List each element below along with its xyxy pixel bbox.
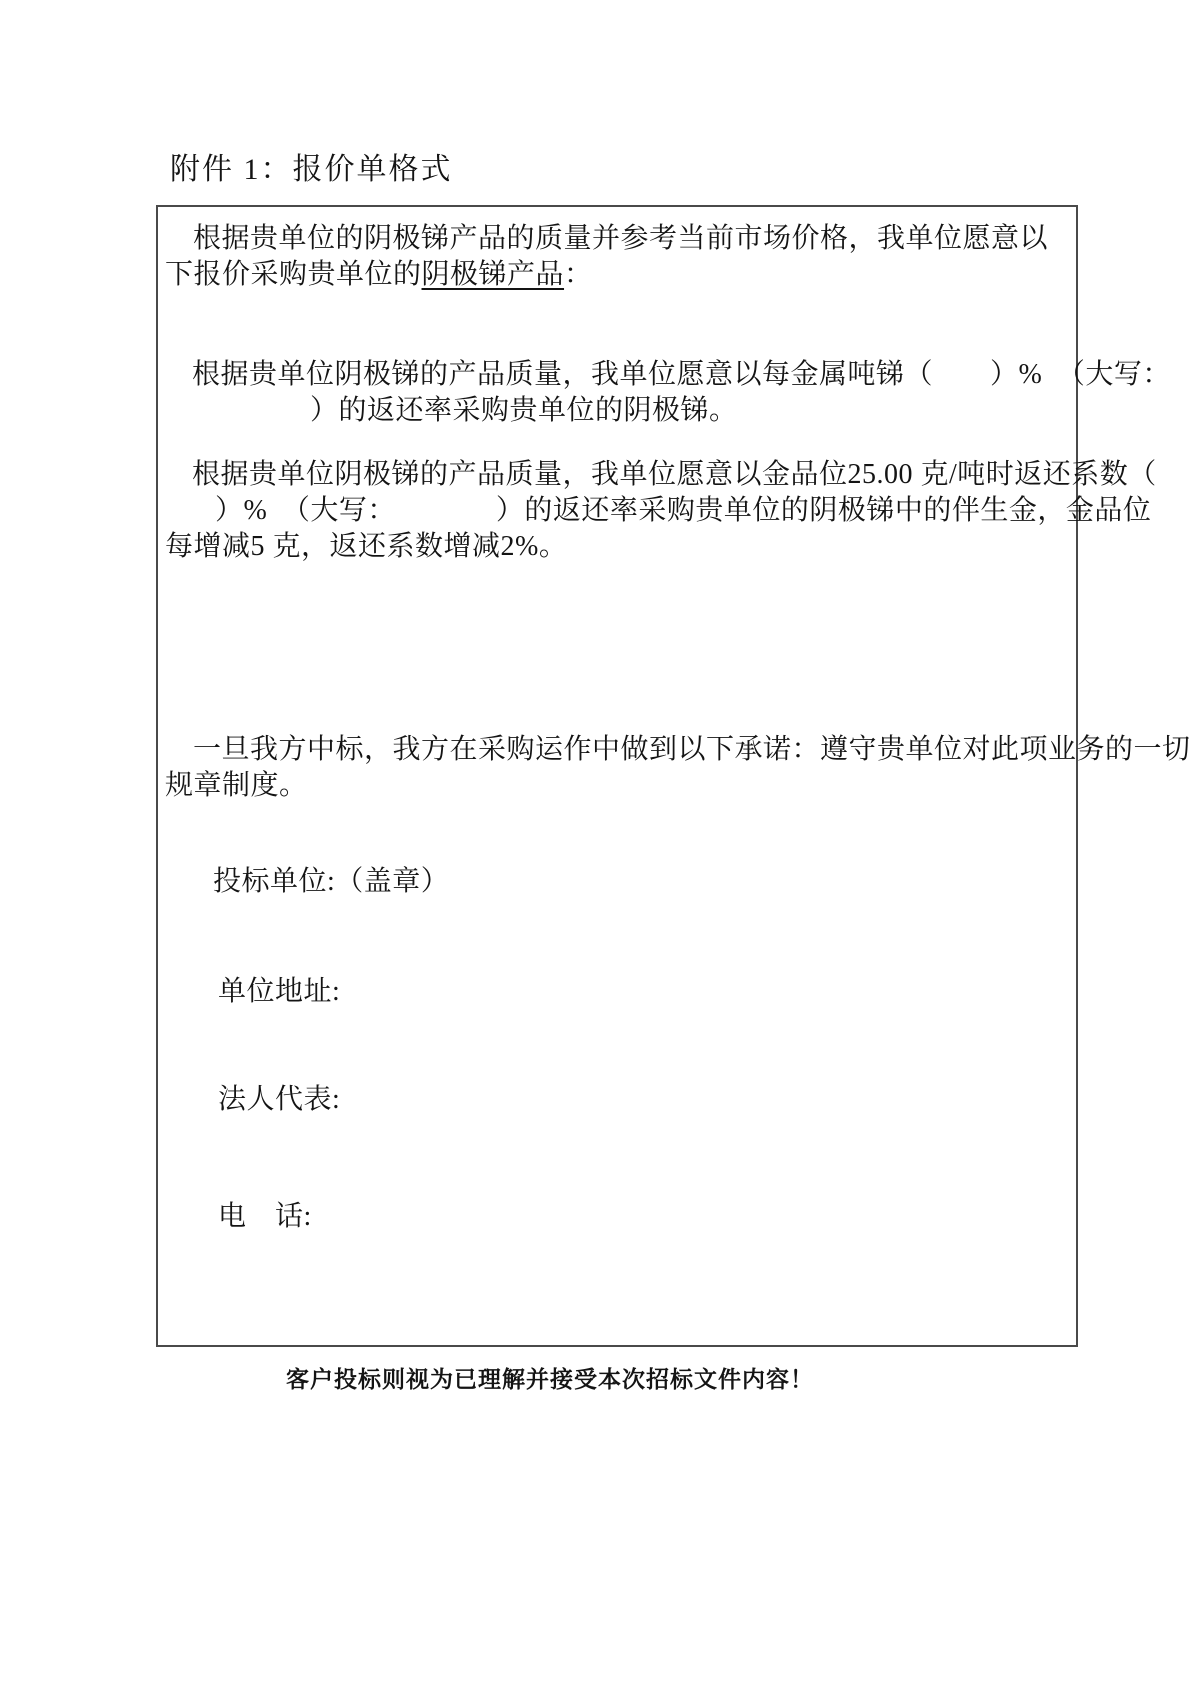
para4-line1: 一旦我方中标，我方在采购运作中做到以下承诺：遵守贵单位对此项业务的一切 <box>158 732 1076 768</box>
para1-line2-colon: ： <box>564 259 593 290</box>
field-legal-representative: 法人代表: <box>158 1082 1076 1118</box>
para2-line2: ）的返还率采购贵单位的阴极锑。 <box>158 393 1076 429</box>
field-company-address: 单位地址: <box>158 974 1076 1010</box>
para1-line2: 下报价采购贵单位的阴极锑产品： <box>158 257 1076 293</box>
para4-line2: 规章制度。 <box>158 768 1076 804</box>
field-bidder-seal: 投标单位:（盖章） <box>158 864 1076 900</box>
para3-line3: 每增减5 克，返还系数增减2%。 <box>158 529 1076 565</box>
para1-line1: 根据贵单位的阴极锑产品的质量并参考当前市场价格，我单位愿意以 <box>158 221 1076 257</box>
document-page: 附件 1：报价单格式 根据贵单位的阴极锑产品的质量并参考当前市场价格，我单位愿意… <box>0 0 1190 1682</box>
para3-line1: 根据贵单位阴极锑的产品质量，我单位愿意以金品位25.00 克/吨时返还系数（ <box>158 457 1076 493</box>
quotation-form-box: 根据贵单位的阴极锑产品的质量并参考当前市场价格，我单位愿意以 下报价采购贵单位的… <box>156 205 1078 1347</box>
para2-line1: 根据贵单位阴极锑的产品质量，我单位愿意以每金属吨锑（ ）% （大写： <box>158 357 1076 393</box>
footer-note: 客户投标则视为已理解并接受本次招标文件内容！ <box>286 1364 814 1396</box>
attachment-title: 附件 1：报价单格式 <box>170 150 453 190</box>
underlined-product-term: 阴极锑产品 <box>422 259 565 290</box>
field-phone: 电 话: <box>158 1199 1076 1235</box>
para3-line2: ）% （大写： ）的返还率采购贵单位的阴极锑中的伴生金，金品位 <box>158 493 1076 529</box>
para1-line2-text: 下报价采购贵单位的 <box>165 259 422 290</box>
